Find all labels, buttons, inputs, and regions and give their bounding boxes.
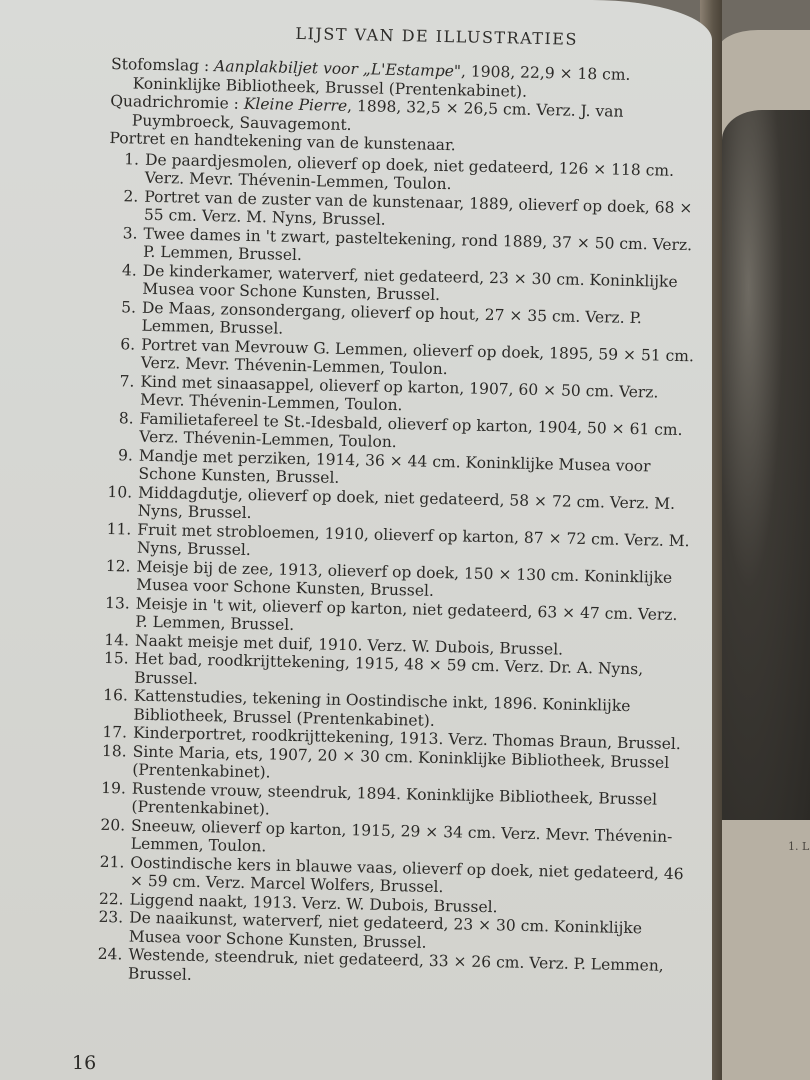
item-number: 13. — [100, 593, 136, 612]
item-number: 16. — [98, 686, 134, 705]
item-title: Middagdutje — [138, 483, 238, 503]
item-number: 7. — [104, 371, 140, 390]
item-number: 8. — [103, 408, 139, 427]
illustration-list: 1. De paardjesmolen, olieverf op doek, n… — [92, 149, 699, 994]
item-title: De paardjesmolen — [145, 150, 288, 171]
item-number: 12. — [100, 556, 136, 575]
facing-page-caption: 1. L — [788, 840, 809, 853]
item-number: 15. — [98, 649, 134, 668]
running-head: LIJST VAN DE ILLUSTRATIES — [172, 21, 702, 51]
item-title: Westende — [128, 946, 205, 966]
page-content: LIJST VAN DE ILLUSTRATIES Stofomslag : A… — [92, 20, 702, 994]
item-number: 9. — [103, 445, 139, 464]
item-title: Liggend naakt — [129, 890, 243, 910]
item-number: 24. — [92, 945, 128, 964]
item-number: 22. — [93, 889, 129, 908]
item-title: Kattenstudies — [134, 687, 243, 707]
item-number: 17. — [97, 723, 133, 742]
item-number: 4. — [107, 260, 143, 279]
item-number: 6. — [105, 334, 141, 353]
item-number: 2. — [108, 186, 144, 205]
item-number: 21. — [94, 852, 130, 871]
book-page: LIJST VAN DE ILLUSTRATIES Stofomslag : A… — [0, 0, 712, 1080]
item-title: Rustende vrouw — [132, 779, 258, 800]
item-title: Sneeuw — [131, 816, 192, 835]
item-number: 18. — [97, 741, 133, 760]
page-number: 16 — [72, 1052, 96, 1074]
item-number: 1. — [109, 149, 145, 168]
intro-label: Stofomslag : — [111, 55, 210, 75]
item-number: 20. — [95, 815, 131, 834]
item-number: 5. — [106, 297, 142, 316]
item-number: 3. — [107, 223, 143, 242]
item-number: 19. — [96, 778, 132, 797]
item-number: 14. — [99, 630, 135, 649]
item-title: Meisje in 't wit — [136, 594, 253, 614]
intro-title: Kleine Pierre — [244, 95, 348, 115]
item-title: De naaikunst — [129, 909, 233, 929]
item-title: De kinderkamer — [143, 261, 269, 282]
item-title: Kinderportret — [133, 724, 242, 744]
intro-label: Quadrichromie : — [110, 92, 239, 113]
item-number: 10. — [102, 482, 138, 501]
facing-page-illustration — [722, 110, 810, 820]
item-title: Het bad — [134, 650, 197, 669]
item-number: 11. — [101, 519, 137, 538]
item-number: 23. — [93, 908, 129, 927]
item-title: Meisje bij de zee — [136, 557, 268, 578]
item-title: Sinte Maria — [133, 742, 226, 762]
